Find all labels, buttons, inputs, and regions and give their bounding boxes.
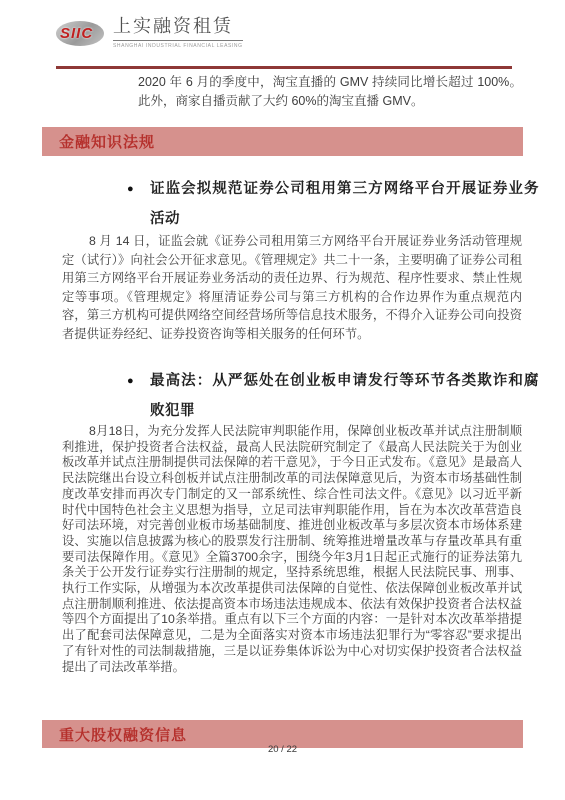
- bullet-icon: ●: [127, 366, 150, 396]
- siic-wordmark: SIIC: [60, 25, 93, 42]
- page-number: 20 / 22: [0, 744, 565, 755]
- section-title: 重大股权融资信息: [59, 724, 187, 745]
- bullet-icon: ●: [127, 174, 150, 204]
- company-names: 上实融资租赁 SHANGHAI INDUSTRIAL FINANCIAL LEA…: [113, 15, 243, 49]
- news-item-csrc-rules: ● 证监会拟规范证券公司租用第三方网络平台开展证券业务活动: [127, 174, 539, 234]
- news-item-heading: 证监会拟规范证券公司租用第三方网络平台开展证券业务活动: [150, 174, 539, 234]
- company-logo: SIIC 上实融资租赁 SHANGHAI INDUSTRIAL FINANCIA…: [56, 15, 243, 49]
- news-item-body: 8 月 14 日，证监会就《证券公司租用第三方网络平台开展证券业务活动管理规定（…: [62, 232, 522, 344]
- siic-globe-icon: SIIC: [56, 19, 106, 49]
- section-header-finance-regulations: 金融知识法规: [42, 127, 523, 156]
- document-page: SIIC 上实融资租赁 SHANGHAI INDUSTRIAL FINANCIA…: [0, 0, 565, 800]
- company-name-en: SHANGHAI INDUSTRIAL FINANCIAL LEASING: [113, 43, 243, 49]
- news-item-heading: 最高法：从严惩处在创业板申请发行等环节各类欺诈和腐败犯罪: [150, 366, 539, 426]
- section-title: 金融知识法规: [59, 131, 155, 152]
- intro-paragraph: 2020 年 6 月的季度中，淘宝直播的 GMV 持续同比增长超过 100%。此…: [138, 73, 522, 110]
- header-divider-rule: [56, 66, 512, 69]
- company-name-cn: 上实融资租赁: [113, 15, 243, 41]
- news-item-body: 8月18日，为充分发挥人民法院审判职能作用，保障创业板改革并试点注册制顺利推进，…: [62, 424, 522, 675]
- news-item-supreme-court: ● 最高法：从严惩处在创业板申请发行等环节各类欺诈和腐败犯罪: [127, 366, 539, 426]
